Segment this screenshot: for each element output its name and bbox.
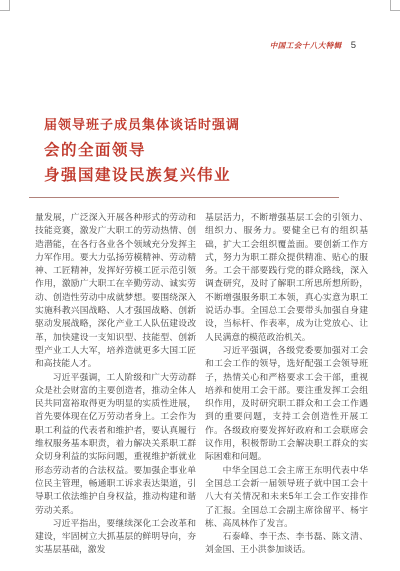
running-header: 中国工会十八大特辑 5 bbox=[270, 40, 356, 51]
body-column-right: 基层活力，不断增强基层工会的引领力、组织力、服务力。要健全已有的组织基础，扩大工… bbox=[205, 211, 368, 557]
paragraph: 石泰峰、李干杰、李书磊、陈文清、刘金国、王小洪参加谈话。 bbox=[205, 530, 368, 557]
paragraph: 中华全国总工会主席王东明代表中华全国总工会新一届领导班子就中国工会十八大有关情况… bbox=[205, 464, 368, 530]
headline-kicker: 届领导班子成员集体谈话时强调 bbox=[44, 116, 356, 133]
crop-mark-top-right-icon bbox=[390, 0, 400, 11]
paragraph: 习近平指出，要继续深化工会改革和建设，牢固树立大抓基层的鲜明导向，夯实基层基础，… bbox=[35, 517, 196, 557]
headline-title-line-1: 会的全面领导 bbox=[44, 141, 356, 160]
paragraph: 习近平强调，工人阶级和广大劳动群众是社会财富的主要创造者，推动全体人民共同富裕取… bbox=[35, 371, 196, 517]
body-column-left: 量发展，广泛深入开展各种形式的劳动和技能竞赛，激发广大职工的劳动热情、创造潜能，… bbox=[35, 211, 196, 557]
article-headline: 届领导班子成员集体谈话时强调 会的全面领导 身强国建设民族复兴伟业 bbox=[44, 116, 356, 191]
paragraph: 习近平强调，各级党委要加强对工会和工会工作的领导，选好配强工会领导班子，热情关心… bbox=[205, 344, 368, 464]
headline-title-line-2: 身强国建设民族复兴伟业 bbox=[44, 166, 356, 185]
title-divider bbox=[29, 197, 339, 198]
crop-mark-top-left-icon bbox=[0, 0, 10, 11]
magazine-page: 中国工会十八大特辑 5 届领导班子成员集体谈话时强调 会的全面领导 身强国建设民… bbox=[0, 0, 400, 571]
paragraph: 量发展，广泛深入开展各种形式的劳动和技能竞赛，激发广大职工的劳动热情、创造潜能，… bbox=[35, 211, 196, 371]
section-label: 中国工会十八大特辑 bbox=[270, 40, 342, 51]
page-number: 5 bbox=[351, 40, 356, 51]
paragraph: 基层活力，不断增强基层工会的引领力、组织力、服务力。要健全已有的组织基础，扩大工… bbox=[205, 211, 368, 344]
